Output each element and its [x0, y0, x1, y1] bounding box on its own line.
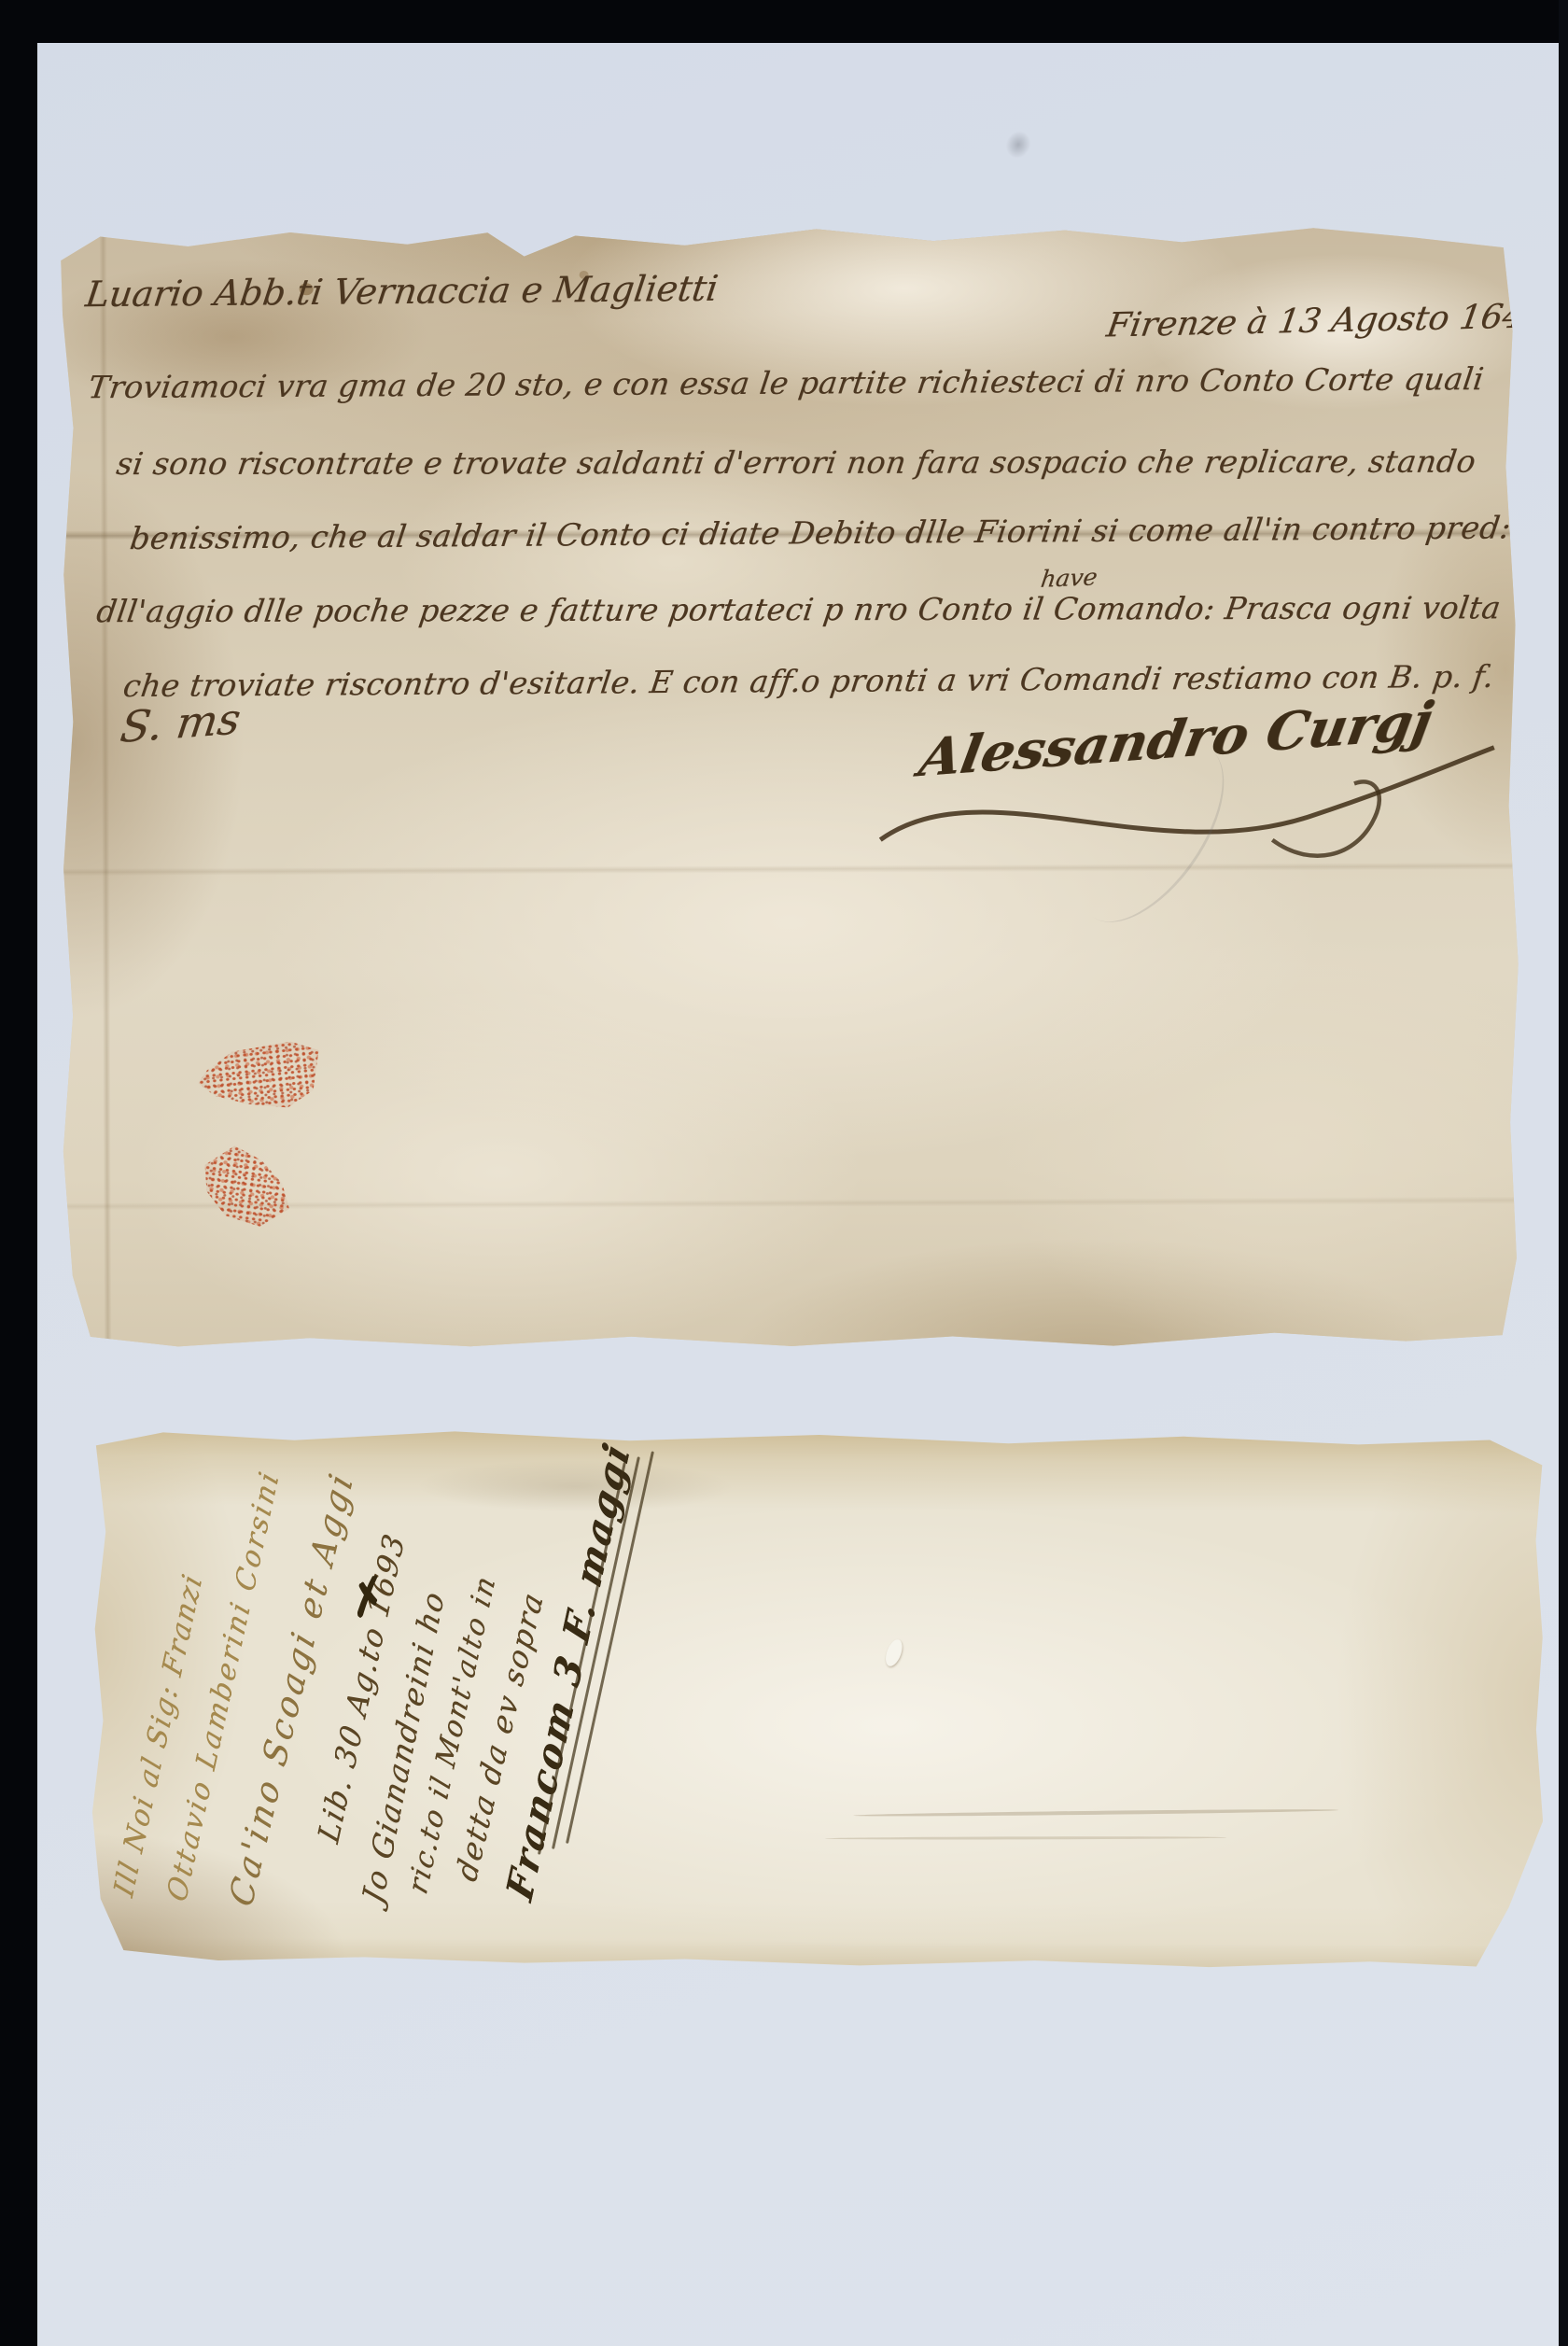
letter-monogram: S. ms [118, 697, 243, 749]
scanned-manuscripts-page: Luario Abb.ti Vernaccia e Maglietti Fire… [0, 0, 1568, 2346]
show-through-smudge [416, 1459, 734, 1513]
letter-recipient-line: Luario Abb.ti Vernaccia e Maglietti [84, 271, 721, 313]
letter-body-line: dll'aggio dlle poche pezze e fatture por… [95, 592, 1504, 626]
letter-place-date: Firenze à 13 Agosto 1645 [1104, 300, 1547, 343]
paper-loss-spot [883, 1637, 905, 1668]
show-through-smudge [853, 1808, 1338, 1818]
letter-body-line: si sono riscontrate e trovate saldanti d… [115, 446, 1478, 480]
letter-body-line: Troviamoci vra gma de 20 sto, e con essa… [87, 363, 1486, 402]
letter-verso-sheet: Ill Noi al Sig: Franzi Ottavio Lamberini… [87, 1424, 1548, 1973]
wax-seal-residue [195, 1039, 325, 1117]
letter-body-line: benissimo, che al saldar il Conto ci dia… [128, 512, 1512, 554]
letter-interline-note: have [1040, 565, 1099, 590]
letter-recto-sheet: Luario Abb.ti Vernaccia e Maglietti Fire… [56, 218, 1522, 1356]
background-smudge [1001, 127, 1035, 162]
scanner-edge-left [0, 0, 37, 2346]
scanner-edge-top [0, 0, 1568, 43]
scanner-edge-right [1559, 0, 1568, 2346]
show-through-smudge [825, 1836, 1226, 1840]
letter-body-line: che troviate riscontro d'esitarle. E con… [121, 661, 1496, 701]
wax-seal-residue [198, 1142, 297, 1229]
